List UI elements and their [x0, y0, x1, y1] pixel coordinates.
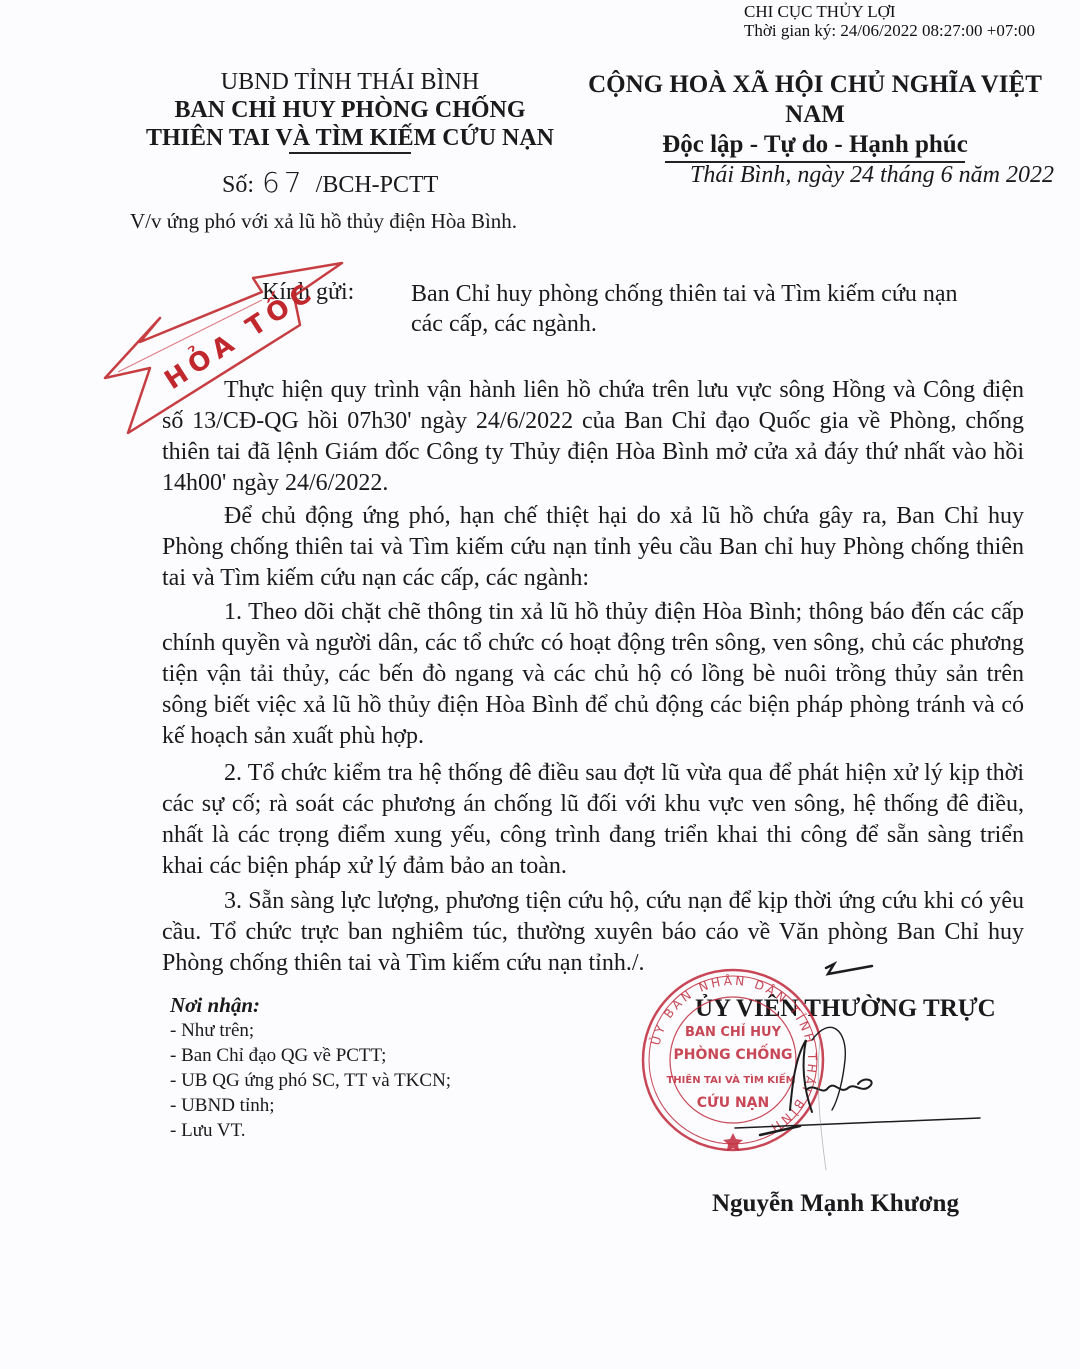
agency-name-line1: BAN CHỈ HUY PHÒNG CHỐNG [120, 96, 580, 124]
signer-title: ỦY VIÊN THƯỜNG TRỰC [695, 995, 996, 1023]
number-prefix: Số: [222, 172, 254, 198]
document-subject: V/v ứng phó với xả lũ hồ thủy điện Hòa B… [130, 209, 517, 234]
paragraph-text: Để chủ động ứng phó, hạn chế thiệt hại d… [162, 501, 1024, 594]
paragraph-text: Thực hiện quy trình vận hành liên hồ chứ… [162, 375, 1024, 499]
paragraph-text: 1. Theo dõi chặt chẽ thông tin xả lũ hồ … [162, 597, 1024, 752]
number-handwritten: 67 [262, 166, 306, 199]
signature-time: Thời gian ký: 24/06/2022 08:27:00 +07:00 [744, 21, 1035, 40]
recipient-item: - Như trên; [170, 1018, 451, 1043]
header-divider [289, 152, 411, 154]
recipient-item: - Lưu VT. [170, 1118, 451, 1143]
issuing-agency-header: UBND TỈNH THÁI BÌNH BAN CHỈ HUY PHÒNG CH… [120, 68, 580, 154]
seal-line2: PHÒNG CHỐNG [673, 1043, 792, 1063]
place-date: Thái Bình, ngày 24 tháng 6 năm 2022 [690, 162, 1054, 189]
addressee-line2: các cấp, các ngành. [411, 309, 957, 339]
recipients-list: Nơi nhận: - Như trên; - Ban Chỉ đạo QG v… [170, 993, 451, 1143]
seal-star-icon [723, 1133, 743, 1151]
body-paragraph: 1. Theo dõi chặt chẽ thông tin xả lũ hồ … [162, 597, 1024, 752]
body-paragraph: Để chủ động ứng phó, hạn chế thiệt hại d… [162, 501, 1024, 594]
nation-name: CỘNG HOÀ XÃ HỘI CHỦ NGHĨA VIỆT NAM [560, 70, 1070, 130]
recipients-title: Nơi nhận: [170, 993, 451, 1018]
body-paragraph: 2. Tổ chức kiểm tra hệ thống đê điều sau… [162, 758, 1024, 882]
document-number: Số:67/BCH-PCTT [222, 166, 438, 199]
recipient-item: - UBND tỉnh; [170, 1093, 451, 1118]
body-paragraph: Thực hiện quy trình vận hành liên hồ chứ… [162, 375, 1024, 499]
recipient-item: - Ban Chỉ đạo QG về PCTT; [170, 1043, 451, 1068]
seal-line4: CỨU NẠN [697, 1093, 769, 1111]
addressee-label: Kính gửi: [262, 279, 354, 306]
signer-name: Nguyễn Mạnh Khương [712, 1190, 959, 1218]
agency-name-line2: THIÊN TAI VÀ TÌM KIẾM CỨU NẠN [120, 124, 580, 152]
paragraph-text: 3. Sẵn sàng lực lượng, phương tiện cứu h… [162, 886, 1024, 979]
body-paragraph: 3. Sẵn sàng lực lượng, phương tiện cứu h… [162, 886, 1024, 979]
national-motto: Độc lập - Tự do - Hạnh phúc [560, 130, 1070, 160]
national-header: CỘNG HOÀ XÃ HỘI CHỦ NGHĨA VIỆT NAM Độc l… [560, 70, 1070, 163]
signature-signer: CHI CỤC THỦY LỢI [744, 2, 1035, 21]
seal-line3: THIÊN TAI VÀ TÌM KIẾM [666, 1071, 795, 1086]
addressee-line1: Ban Chỉ huy phòng chống thiên tai và Tìm… [411, 279, 957, 309]
recipient-item: - UB QG ứng phó SC, TT và TKCN; [170, 1068, 451, 1093]
handwritten-signature-icon [735, 1027, 980, 1170]
addressee: Ban Chỉ huy phòng chống thiên tai và Tìm… [411, 279, 957, 339]
digital-signature-block: CHI CỤC THỦY LỢI Thời gian ký: 24/06/202… [744, 2, 1035, 40]
authority-name: UBND TỈNH THÁI BÌNH [120, 68, 580, 96]
paragraph-text: 2. Tổ chức kiểm tra hệ thống đê điều sau… [162, 758, 1024, 882]
number-suffix: /BCH-PCTT [316, 172, 439, 198]
seal-line1: BAN CHỈ HUY [685, 1023, 782, 1040]
